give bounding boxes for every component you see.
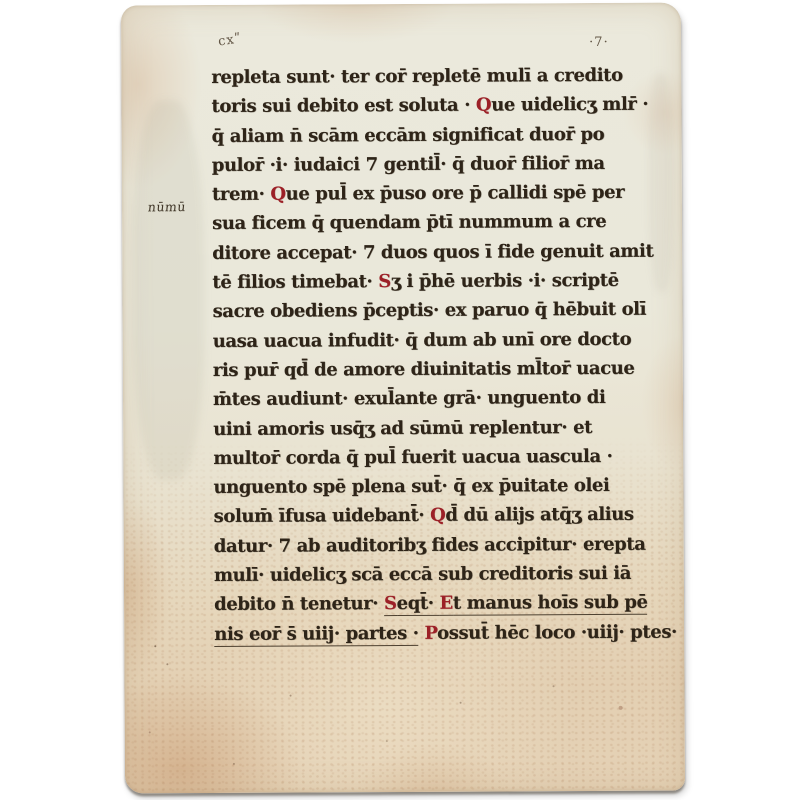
manuscript-line: nis eor̄ s̄ uiij· partes · Possut̄ hēc l… (214, 617, 670, 649)
rubric-initial: Q (430, 505, 445, 526)
text-segment: trem· (212, 184, 271, 205)
manuscript-line: m̄tes audiunt· exul̄ante grā· unguento d… (213, 383, 669, 415)
manuscript-line: sua ficem q̄ quendam p̄tī nummum a cre (212, 207, 668, 239)
text-segment: datur· 7 ab auditoribʒ fides accipitur· … (214, 533, 646, 556)
show-through-smudge (131, 100, 205, 480)
text-segment: unguento spē plena sut̄· q̄ ex p̄uitate … (213, 475, 609, 498)
text-segment: multor̄ corda q̄ pul̄ fuerit uacua uascu… (213, 446, 612, 469)
text-segment: ʒ i p̄hē uerbis ·i· scriptē (391, 270, 619, 292)
text-segment: d̄ dū alijs atq̄ʒ alius (445, 504, 633, 526)
text-segment: t manus hoīs sub pē (453, 592, 648, 616)
rubric-initial: E (439, 593, 452, 616)
folio-mark-left: cxʺ (217, 31, 243, 49)
rubric-initial: Q (270, 184, 285, 205)
manuscript-line: datur· 7 ab auditoribʒ fides accipitur· … (214, 529, 670, 561)
text-segment: tē filios timebat· (212, 271, 378, 293)
rubric-initial: Q (476, 95, 491, 116)
manuscript-line: pulor̄ ·i· iudaici 7 gentil̄· q̄ duor̄ f… (212, 149, 668, 181)
manuscript-line: uasa uacua infudit· q̄ dum ab unī ore do… (213, 324, 669, 356)
rubric-initial: S (378, 271, 391, 292)
text-segment: ossut̄ hēc loco ·uiij· ptes· (437, 621, 677, 643)
manuscript-line: sacre obediens p̄ceptis· ex paruo q̄ hēb… (212, 295, 668, 327)
text-segment: ue uidelicʒ mlr̄ · (491, 94, 648, 116)
text-segment: ris pur̄ qd̄ de amore diuinitatis ml̄tor… (213, 358, 635, 381)
manuscript-line: tē filios timebat· Sʒ i p̄hē uerbis ·i· … (212, 266, 668, 298)
manuscript-line: trem· Que pul̄ ex p̄uso ore p̄ callidi s… (212, 178, 668, 210)
text-segment: sua ficem q̄ quendam p̄tī nummum a cre (212, 211, 606, 234)
text-segment: ue pul̄ ex p̄uso ore p̄ callidi spē per (286, 182, 625, 205)
manuscript-line: debito n̄ tenetur· Seqt̄· Et manus hoīs … (214, 588, 670, 620)
text-segment: q̄ aliam n̄ scām eccām significat duor̄ … (212, 124, 605, 147)
text-segment: repleta sunt· ter cor̄ repletē mulī a cr… (211, 65, 622, 88)
text-block: repleta sunt· ter cor̄ repletē mulī a cr… (211, 61, 670, 649)
text-segment: m̄tes audiunt· exul̄ante grā· unguento d… (213, 387, 605, 410)
manuscript-line: toris sui debito est soluta · Que uideli… (211, 90, 667, 122)
folio-mark-right: ·7· (589, 35, 609, 50)
manuscript-line: ris pur̄ qd̄ de amore diuinitatis ml̄tor… (213, 354, 669, 386)
manuscript-line: mulī· uidelicʒ scā eccā sub creditoris s… (214, 559, 670, 591)
text-segment: mulī· uidelicʒ scā eccā sub creditoris s… (214, 563, 631, 586)
manuscript-line: q̄ aliam n̄ scām eccām significat duor̄ … (212, 119, 668, 151)
text-segment: toris sui debito est soluta · (211, 95, 476, 117)
manuscript-photo: cxʺ ·7· nūmū repleta sunt· ter cor̄ repl… (0, 0, 800, 800)
manuscript-line: unguento spē plena sut̄· q̄ ex p̄uitate … (213, 471, 669, 503)
parchment-specks (154, 645, 156, 647)
text-segment: sacre obediens p̄ceptis· ex paruo q̄ hēb… (212, 299, 646, 322)
rubric-initial: S (384, 593, 397, 616)
text-segment: debito n̄ tenetur· (214, 593, 384, 615)
text-segment: uini amoris usq̄ʒ ad sūmū replentur· et (213, 417, 592, 440)
manuscript-line: solum̄ īfusa uidebant̄· Qd̄ dū alijs atq… (214, 500, 670, 532)
text-segment: eqt̄· (397, 593, 440, 616)
manuscript-line: uini amoris usq̄ʒ ad sūmū replentur· et (213, 412, 669, 444)
text-segment: uasa uacua infudit· q̄ dum ab unī ore do… (213, 328, 632, 351)
manuscript-line: repleta sunt· ter cor̄ repletē mulī a cr… (211, 61, 667, 93)
rubric-initial: P (424, 622, 437, 643)
manuscript-line: multor̄ corda q̄ pul̄ fuerit uacua uascu… (213, 441, 669, 473)
margin-note: nūmū (147, 199, 187, 214)
manuscript-leaf: cxʺ ·7· nūmū repleta sunt· ter cor̄ repl… (121, 3, 685, 794)
text-segment: pulor̄ ·i· iudaici 7 gentil̄· q̄ duor̄ f… (212, 153, 605, 176)
text-segment: solum̄ īfusa uidebant̄· (214, 505, 431, 527)
text-segment: ditore accepat· 7 duos quos ī fide genui… (212, 240, 653, 263)
text-segment: nis eor̄ s̄ uiij· partes · (214, 623, 418, 647)
manuscript-line: ditore accepat· 7 duos quos ī fide genui… (212, 236, 668, 268)
